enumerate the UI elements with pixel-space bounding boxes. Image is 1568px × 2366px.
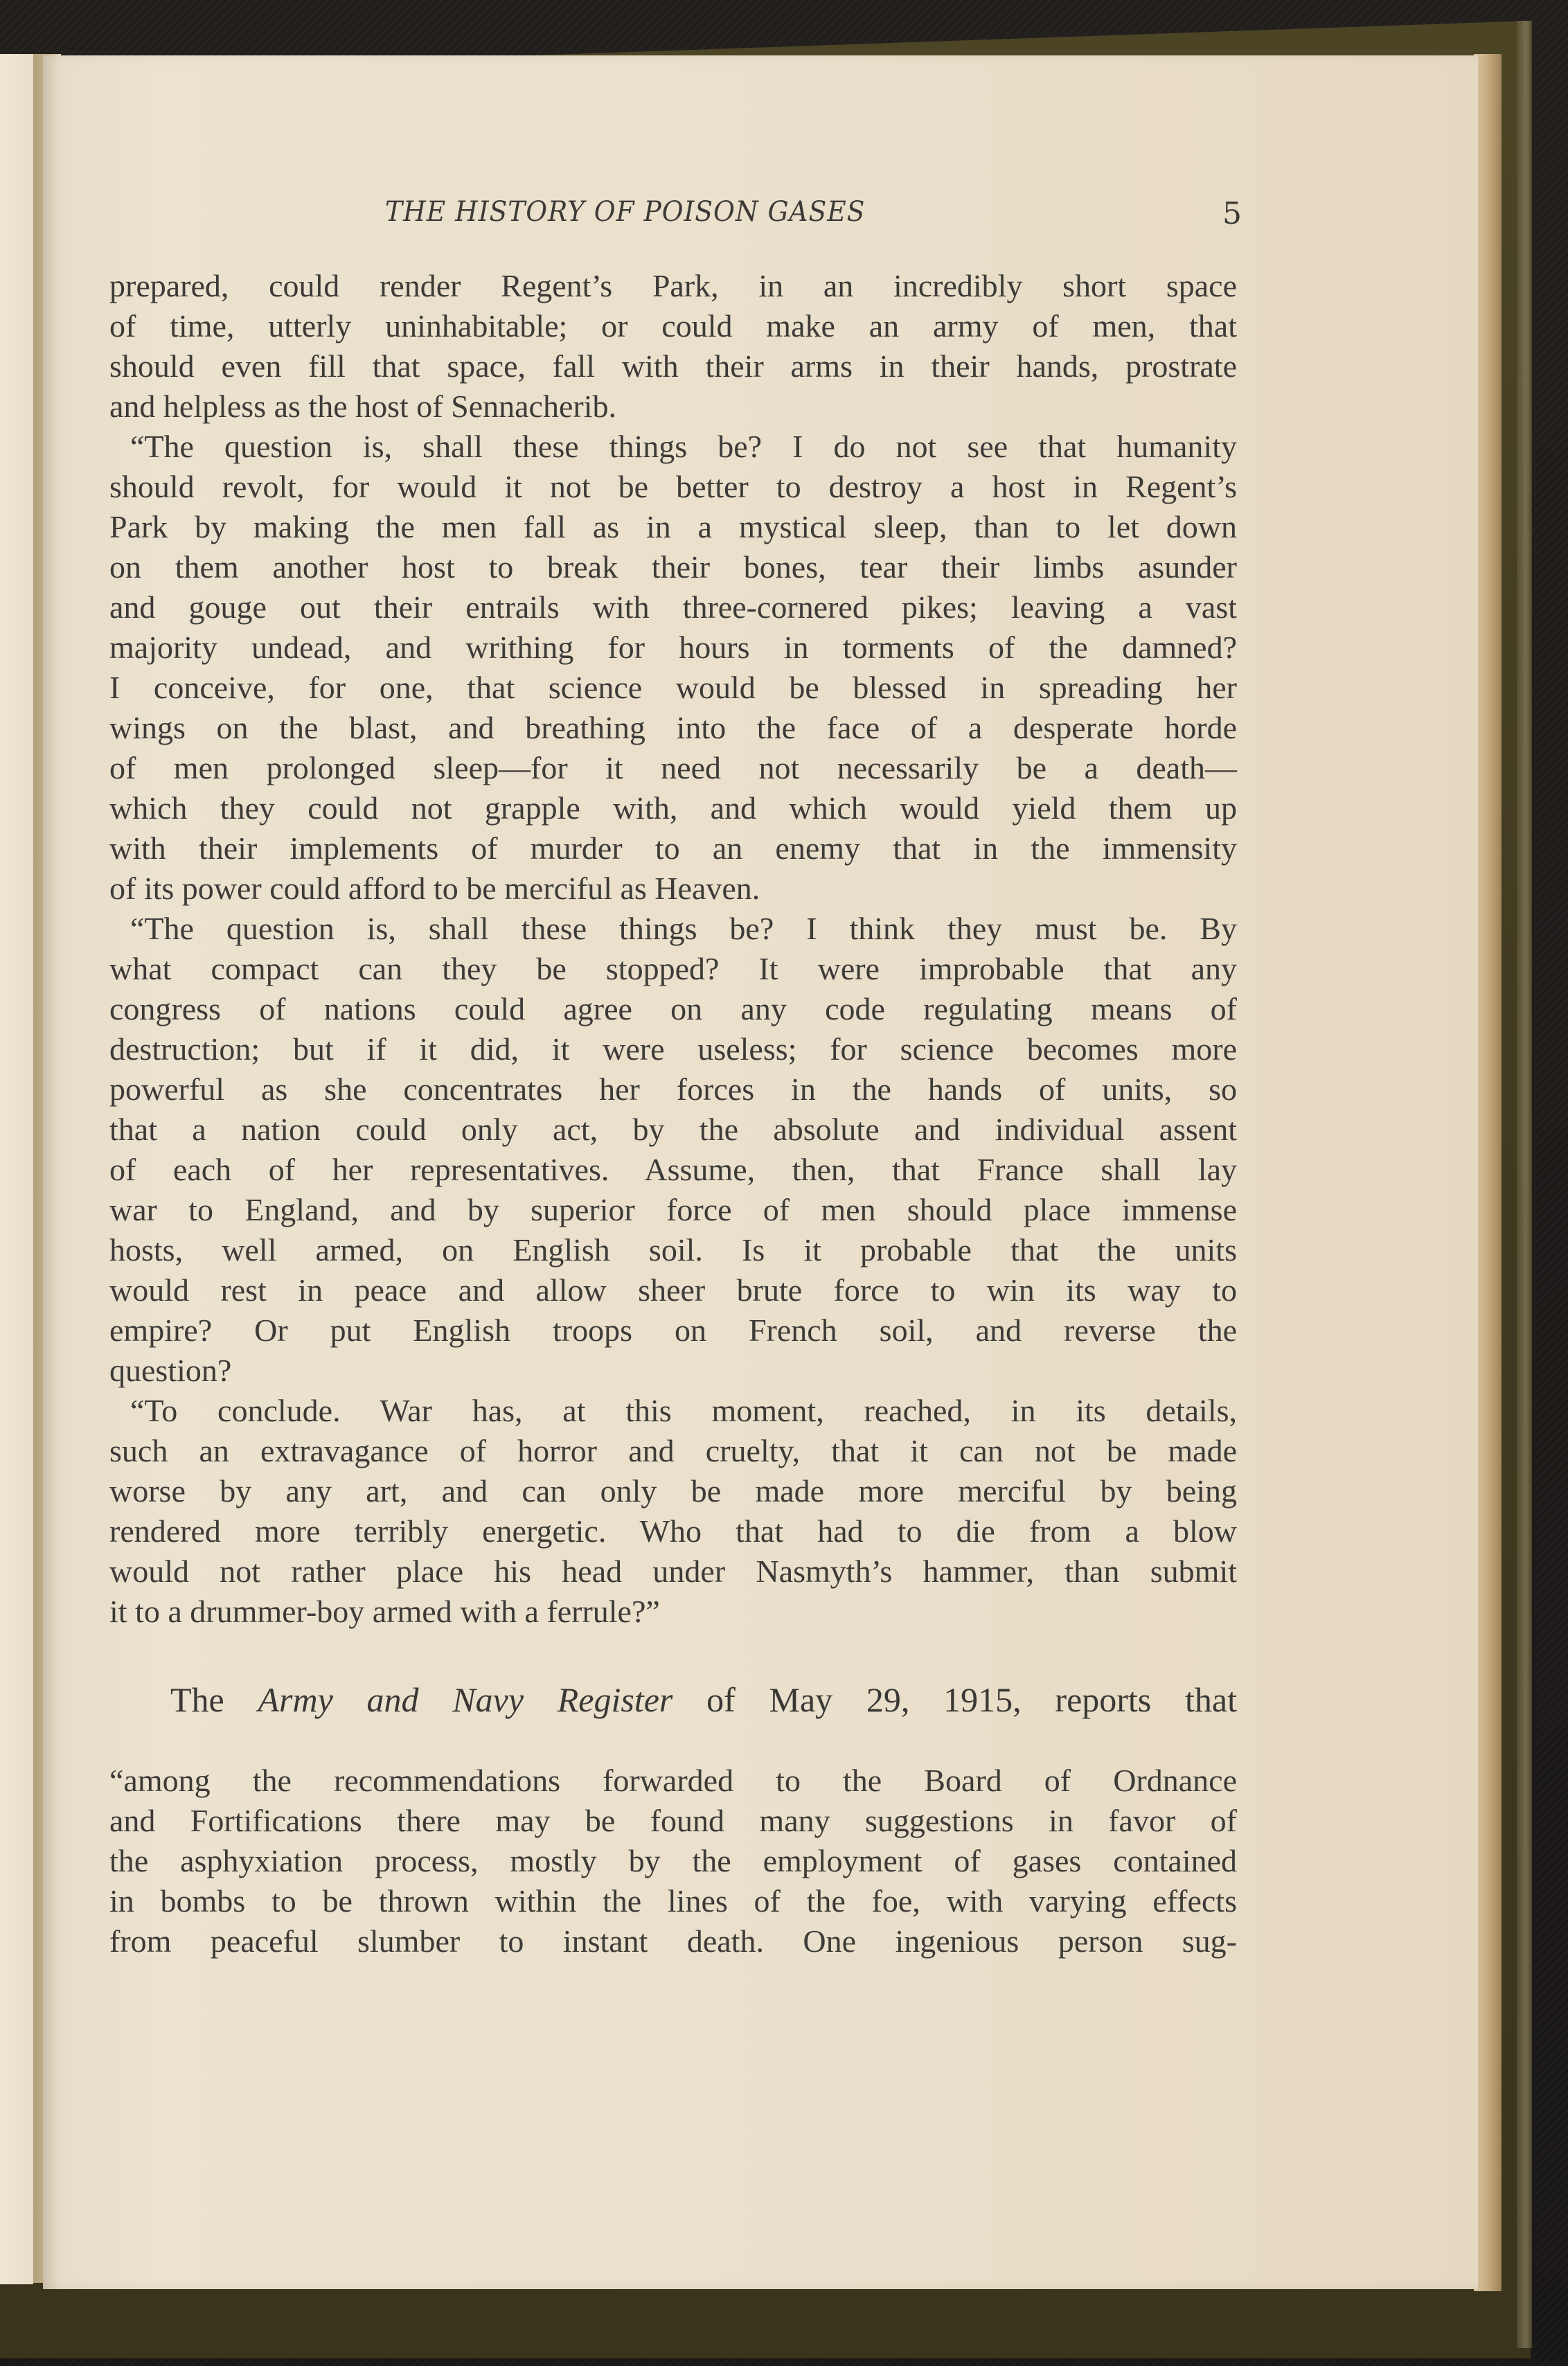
text-line: it to a drummer-boy armed with a ferrule… [109,1592,1237,1632]
text-line: rendered more terribly energetic. Who th… [109,1511,1237,1551]
page-block-edge [1474,54,1502,2291]
text-line: should revolt, for would it not be bette… [109,467,1237,507]
text-line: of each of her representatives. Assume, … [109,1150,1237,1190]
spacer [109,1632,1237,1678]
text-line: Park by making the men fall as in a myst… [109,507,1237,547]
previous-page-edge [0,54,33,2284]
text-line: hosts, well armed, on English soil. Is i… [109,1230,1237,1270]
running-title: THE HISTORY OF POISON GASES [385,196,865,228]
text-line: should even fill that space, fall with t… [109,346,1237,386]
report-paragraph: “among the recommendations forwarded to … [109,1761,1237,1962]
text-line: on them another host to break their bone… [109,547,1237,587]
text-line: and gouge out their entrails with three-… [109,587,1237,628]
body-text: prepared, could render Regent’s Park, in… [109,266,1237,1962]
text-line: “To conclude. War has, at this moment, r… [109,1391,1237,1431]
text-line: and Fortifications there may be found ma… [109,1801,1237,1841]
paragraph: “The question is, shall these things be?… [109,427,1237,909]
text-line: “The question is, shall these things be?… [109,427,1237,467]
text-line: and helpless as the host of Sennacherib. [109,386,1237,427]
text-line: destruction; but if it did, it were usel… [109,1029,1237,1069]
paragraph: prepared, could render Regent’s Park, in… [109,266,1237,427]
text-line: I conceive, for one, that science would … [109,668,1237,708]
text-line: with their implements of murder to an en… [109,828,1237,869]
intro-sentence: The Army and Navy Register of May 29, 19… [109,1678,1237,1722]
text-line: war to England, and by superior force of… [109,1190,1237,1230]
text-line: wings on the blast, and breathing into t… [109,708,1237,748]
text-line: prepared, could render Regent’s Park, in… [109,266,1237,306]
text-line: would rest in peace and allow sheer brut… [109,1270,1237,1310]
text-line: of men prolonged sleep—for it need not n… [109,748,1237,788]
text-line: which they could not grapple with, and w… [109,788,1237,828]
paragraph: “To conclude. War has, at this moment, r… [109,1391,1237,1632]
text-line: “The question is, shall these things be?… [109,909,1237,949]
page-number: 5 [1222,196,1242,231]
text-line: the asphyxiation process, mostly by the … [109,1841,1237,1881]
text-line: in bombs to be thrown within the lines o… [109,1881,1237,1921]
text-line: worse by any art, and can only be made m… [109,1471,1237,1511]
text-line: majority undead, and writhing for hours … [109,628,1237,668]
text-line: “among the recommendations forwarded to … [109,1761,1237,1801]
intro-prefix: The [170,1680,258,1719]
text-line: such an extravagance of horror and cruel… [109,1431,1237,1471]
text-line: question? [109,1351,1237,1391]
text-line: empire? Or put English troops on French … [109,1310,1237,1351]
publication-title: Army and Navy Register [258,1680,672,1719]
text-line: congress of nations could agree on any c… [109,989,1237,1029]
text-line: of its power could afford to be merciful… [109,869,1237,909]
paragraph: “The question is, shall these things be?… [109,909,1237,1391]
text-line: what compact can they be stopped? It wer… [109,949,1237,989]
text-line: from peaceful slumber to instant death. … [109,1921,1237,1962]
text-line: that a nation could only act, by the abs… [109,1110,1237,1150]
text-line: powerful as she concentrates her forces … [109,1069,1237,1110]
intro-suffix: of May 29, 1915, reports that [672,1680,1237,1719]
spacer [109,1722,1237,1761]
text-line: of time, utterly uninhabitable; or could… [109,306,1237,346]
text-line: would not rather place his head under Na… [109,1551,1237,1592]
running-head: THE HISTORY OF POISON GASES 5 [0,196,1568,238]
book-cover-edge [1517,21,1532,2348]
